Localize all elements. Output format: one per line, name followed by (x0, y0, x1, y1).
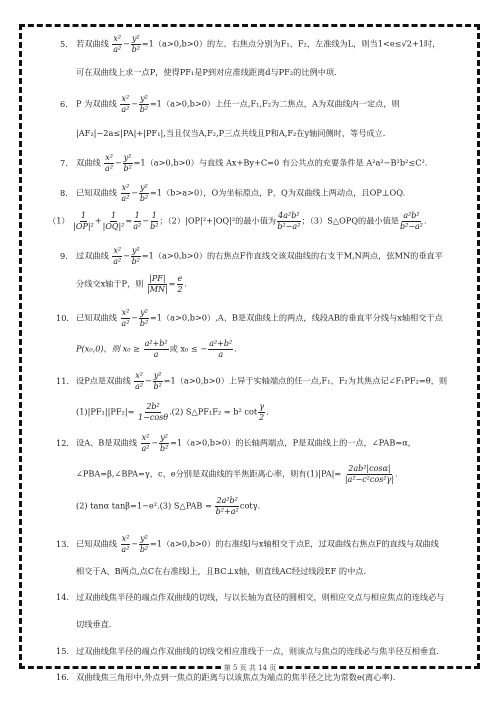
text: . (395, 469, 398, 479)
text: 分线交x轴于P，则 (76, 279, 143, 289)
text: 设A、B是双曲线 (76, 438, 137, 448)
fraction: 1a² (133, 211, 141, 232)
fraction: a²+b²a (208, 339, 233, 360)
fraction: y²b² (131, 246, 141, 267)
text: ；（2）|OP|²+|OQ|²的最小值为 (159, 216, 276, 226)
denominator: b²−a² (400, 222, 423, 232)
text: 设P点是双曲线 (76, 376, 131, 386)
text: =1（a>0,b>0）上异于实轴端点的任一点,F₁、F₂为其焦点记∠F₁PF₂=… (164, 376, 448, 386)
numerator: x² (104, 153, 114, 164)
denominator: 2 (177, 285, 182, 295)
numerator: y² (159, 433, 169, 444)
text: . (266, 407, 269, 417)
numerator: x² (112, 246, 122, 257)
denominator: b² (140, 545, 148, 555)
fraction: 2ab²|cosα||a²−c²cos²γ| (345, 464, 394, 485)
numerator: |PF| (148, 274, 166, 285)
item-13: 13.已知双曲线 x²a²−y²b²=1（a>0,b>0）的右准线l与x轴相交于… (56, 534, 476, 555)
item-9: 9.过双曲线 x²a²−y²b²=1（a>0,b>0）的右焦点F作直线交该双曲线… (60, 246, 480, 267)
item-12: 12.设A、B是双曲线 x²a²−y²b²=1（a>0,b>0）的长轴两端点，P… (56, 433, 476, 454)
denominator: b² (140, 105, 148, 115)
denominator: b² (154, 382, 162, 392)
fraction: 1|OP|² (73, 211, 94, 232)
fraction: a²+b²a (144, 339, 169, 360)
fraction: x²a² (112, 34, 122, 55)
item-14: 14.过双曲线焦半径的端点作双曲线的切线，与以长轴为直径的圆相交，则相应交点与相… (56, 592, 476, 603)
denominator: a² (121, 105, 129, 115)
numerator: 1 (80, 211, 87, 222)
fraction: y²b² (159, 433, 169, 454)
text: .(2) S△PF₁F₂ = b² cot (169, 407, 257, 417)
item-number: 12. (56, 438, 76, 449)
text: (2) tanα tanβ=1−e².(3) S△PAB = (76, 501, 212, 511)
item-number: 10. (56, 313, 76, 324)
denominator: b² (123, 164, 131, 174)
denominator: b² (160, 444, 168, 454)
text: =1（a>0,b>0）,A、B是双曲线上的两点，线段AB的垂直平分线与x轴相交于… (150, 313, 443, 323)
item-10-line-2: P(x₀,0)，则 x₀ ≥ a²+b²a或 x₀ ≤ −a²+b²a. (60, 339, 496, 360)
fraction: y²b² (131, 34, 141, 55)
denominator: |a²−c²cos²γ| (345, 475, 394, 485)
item-number: 7. (60, 158, 76, 169)
numerator: y² (139, 534, 149, 545)
denominator: a² (113, 45, 121, 55)
numerator: a²b² (402, 211, 420, 222)
numerator: x² (112, 34, 122, 45)
text: ∠PBA=β,∠BPA=γ，c、e分别是双曲线的半焦距离心率，则有(1)|PA|… (76, 469, 341, 479)
item-5-line-2: 可在双曲线上求一点P，使得PF₁是P到对应准线距离d与PF₂的比例中项. (60, 67, 496, 78)
text: P(x₀,0)，则 x₀ ≥ (76, 344, 140, 354)
numerator: e (177, 274, 184, 285)
item-number: 11. (56, 376, 76, 387)
denominator: b² (140, 194, 148, 204)
item-11-line-2: (1)|PF₁||PF₂|= 2b²1−cosθ.(2) S△PF₁F₂ = b… (60, 402, 496, 423)
numerator: 2a²b² (215, 496, 238, 507)
numerator: y² (139, 94, 149, 105)
denominator: 2 (259, 413, 264, 423)
fraction: y²b² (139, 94, 149, 115)
numerator: x² (121, 183, 131, 194)
denominator: a² (135, 382, 143, 392)
fraction: x²a² (121, 534, 131, 555)
denominator: a² (113, 257, 121, 267)
text: . (184, 279, 187, 289)
denominator: |MN| (147, 285, 168, 295)
text: ；（3）S△OPQ的最小值是 (302, 216, 399, 226)
numerator: y² (139, 183, 149, 194)
numerator: a²+b² (208, 339, 233, 350)
numerator: 1 (151, 211, 158, 222)
fraction: 2a²b²b²+a² (215, 496, 238, 517)
text: P 为双曲线 (76, 99, 117, 109)
fraction: y²b² (139, 308, 149, 329)
text: 双曲线 (76, 158, 101, 168)
item-number: 14. (56, 592, 76, 603)
page-number: 第 5 页 共 14 页 (221, 664, 280, 672)
numerator: y² (123, 153, 133, 164)
item-number: 6. (60, 99, 76, 110)
fraction: γ2 (258, 402, 265, 423)
item-number: 9. (60, 251, 76, 262)
numerator: a²+b² (144, 339, 169, 350)
numerator: γ (258, 402, 265, 413)
page-footer: 第 5 页 共 14 页 (0, 663, 500, 673)
item-16: 16.双曲线焦三角形中,外点到一焦点的距离与以该焦点为端点的焦半径之比为常数e(… (56, 672, 476, 683)
fraction: 2b²1−cosθ (138, 402, 168, 423)
fraction: 1|OQ|² (103, 211, 125, 232)
text: =1（a>0,b>0）的右焦点F作直线交该双曲线的右支于M,N两点，弦MN的垂直… (142, 251, 443, 261)
denominator: b² (132, 257, 140, 267)
denominator: |OP|² (73, 222, 94, 232)
fraction: x²a² (141, 433, 151, 454)
denominator: a² (142, 444, 150, 454)
item-5: 5.若双曲线 x²a²−y²b²=1（a>0,b>0）的左、右焦点分别为F₁、F… (60, 34, 480, 55)
text: 已知双曲线 (76, 188, 117, 198)
fraction: y²b² (153, 371, 163, 392)
fraction: y²b² (139, 183, 149, 204)
item-6: 6.P 为双曲线 x²a²−y²b²=1（a>0,b>0）上任一点,F₁,F₂为… (60, 94, 480, 115)
text: 已知双曲线 (76, 539, 117, 549)
item-8: 8.已知双曲线 x²a²−y²b²=1（b>a>0），O为坐标原点，P、Q为双曲… (60, 183, 480, 204)
numerator: 2b² (145, 402, 160, 413)
fraction: x²a² (134, 371, 144, 392)
text: =1（b>a>0），O为坐标原点，P、Q为双曲线上两动点，且OP⊥OQ. (150, 188, 405, 198)
denominator: a (154, 350, 159, 360)
numerator: 1 (134, 211, 141, 222)
item-15: 15.过双曲线焦半径的端点作双曲线的切线交相应准线于一点，则该点与焦点的连线必与… (56, 646, 476, 657)
denominator: 1−cosθ (138, 413, 168, 423)
fraction: x²a² (121, 183, 131, 204)
denominator: b²+a² (216, 507, 239, 517)
denominator: b² (140, 319, 148, 329)
text: =1（a>0,b>0）与直线 Ax+By+C=0 有公共点的充要条件是 A²a²… (134, 158, 428, 168)
numerator: x² (120, 94, 130, 105)
fraction: a²b²b²−a² (400, 211, 423, 232)
item-14-line-2: 切线垂直. (60, 619, 496, 630)
text: 已知双曲线 (76, 313, 117, 323)
text: =1（a>0,b>0）上任一点,F₁,F₂为二焦点，A为双曲线内一定点，则 (150, 99, 400, 109)
item-number: 15. (56, 646, 76, 657)
text: 过双曲线焦半径的端点作双曲线的切线交相应准线于一点，则该点与焦点的连线必与焦半径… (76, 646, 439, 656)
numerator: y² (139, 308, 149, 319)
item-12-line-2: ∠PBA=β,∠BPA=γ，c、e分别是双曲线的半焦距离心率，则有(1)|PA|… (60, 464, 496, 485)
fraction: x²a² (112, 246, 122, 267)
text: cotγ. (240, 501, 260, 511)
fraction: e2 (177, 274, 184, 295)
denominator: b² (150, 222, 158, 232)
numerator: x² (121, 534, 131, 545)
item-number: 8. (60, 188, 76, 199)
numerator: x² (141, 433, 151, 444)
item-10: 10.已知双曲线 x²a²−y²b²=1（a>0,b>0）,A、B是双曲线上的两… (56, 308, 476, 329)
item-13-line-2: 相交于A、B两点,点C在右准线l上，且BC⊥x轴，则直线AC经过线段EF 的中点… (60, 566, 496, 577)
text: =1（a>0,b>0）的右准线l与x轴相交于点E，过双曲线右焦点F的直线与双曲线 (150, 539, 439, 549)
denominator: b²−a² (277, 222, 300, 232)
item-8-line-2: （1） 1|OP|²+1|OQ|²=1a²−1b²；（2）|OP|²+|OQ|²… (48, 211, 468, 232)
item-11: 11.设P点是双曲线 x²a²−y²b²=1（a>0,b>0）上异于实轴端点的任… (56, 371, 476, 392)
denominator: a² (105, 164, 113, 174)
numerator: y² (153, 371, 163, 382)
fraction: x²a² (104, 153, 114, 174)
denominator: a² (133, 222, 141, 232)
item-number: 5. (60, 39, 76, 50)
denominator: a² (121, 545, 129, 555)
text: 或 x₀ ≤ − (170, 344, 208, 354)
denominator: b² (132, 45, 140, 55)
numerator: x² (121, 308, 131, 319)
fraction: 4a²b²b²−a² (277, 211, 300, 232)
numerator: y² (131, 246, 141, 257)
text: (1)|PF₁||PF₂|= (76, 407, 134, 417)
item-number: 13. (56, 539, 76, 550)
denominator: |OQ|² (103, 222, 125, 232)
fraction: x²a² (120, 94, 130, 115)
numerator: 4a²b² (277, 211, 300, 222)
numerator: y² (131, 34, 141, 45)
text: 过双曲线焦半径的端点作双曲线的切线，与以长轴为直径的圆相交，则相应交点与相应焦点… (76, 592, 444, 602)
text: 双曲线焦三角形中,外点到一焦点的距离与以该焦点为端点的焦半径之比为常数e(离心率… (76, 672, 395, 682)
fraction: y²b² (139, 534, 149, 555)
fraction: x²a² (121, 308, 131, 329)
item-12-line-3: (2) tanα tanβ=1−e².(3) S△PAB = 2a²b²b²+a… (60, 496, 496, 517)
text: . (234, 344, 237, 354)
numerator: 2ab²|cosα| (347, 464, 391, 475)
text: =1（a>0,b>0）的长轴两端点，P是双曲线上的一点，∠PAB=α， (170, 438, 416, 448)
item-9-line-2: 分线交x轴于P，则 |PF||MN|=e2. (60, 274, 496, 295)
item-7: 7.双曲线 x²a²−y²b²=1（a>0,b>0）与直线 Ax+By+C=0 … (60, 153, 480, 174)
item-6-line-2: |AF₂|−2a≤|PA|+|PF₁|,当且仅当A,F₂,P三点共线且P和A,F… (60, 128, 496, 139)
denominator: a² (121, 319, 129, 329)
fraction: |PF||MN| (147, 274, 168, 295)
numerator: x² (134, 371, 144, 382)
text: =1（a>0,b>0）的左、右焦点分别为F₁、F₂，左准线为L，则当1<e≤√2… (142, 39, 441, 49)
denominator: a (218, 350, 223, 360)
text: （1） (48, 216, 70, 226)
text: 过双曲线 (76, 251, 109, 261)
item-number: 16. (56, 672, 76, 683)
denominator: a² (121, 194, 129, 204)
text: 若双曲线 (76, 39, 109, 49)
fraction: y²b² (123, 153, 133, 174)
fraction: 1b² (150, 211, 158, 232)
numerator: 1 (110, 211, 117, 222)
